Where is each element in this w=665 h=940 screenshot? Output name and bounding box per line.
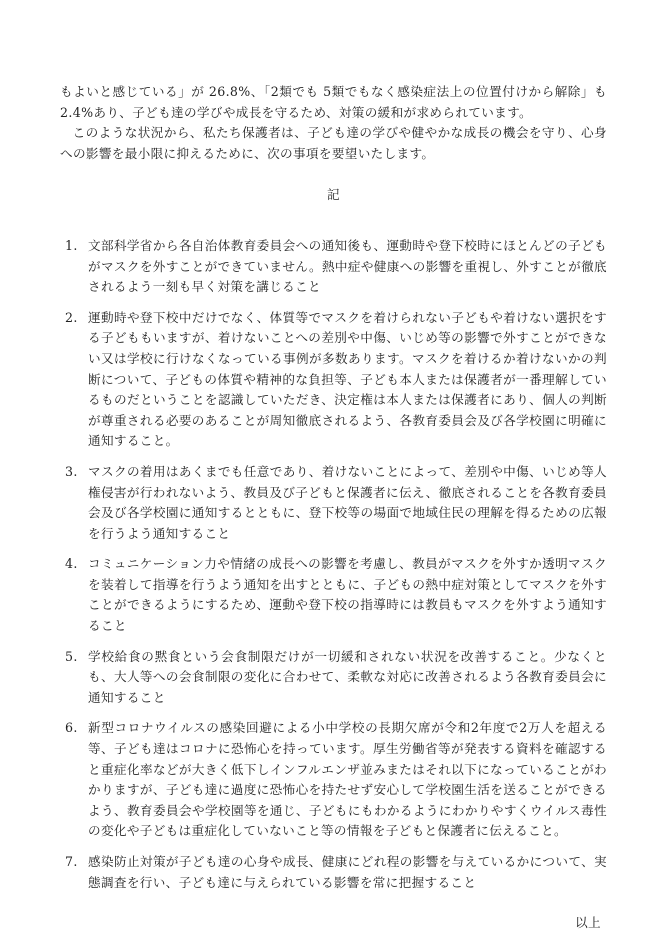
- request-item-2: 2. 運動時や登下校中だけでなく、体質等でマスクを着けられない子どもや着けない選…: [60, 308, 607, 452]
- item-number: 1.: [60, 236, 88, 298]
- request-item-1: 1. 文部科学省から各自治体教育委員会への通知後も、運動時や登下校時にほとんどの…: [60, 236, 607, 298]
- item-text: マスクの着用はあくまでも任意であり、着けないことによって、差別や中傷、いじめ等人…: [88, 462, 607, 544]
- item-text: 文部科学省から各自治体教育委員会への通知後も、運動時や登下校時にほとんどの子ども…: [88, 236, 607, 298]
- item-number: 5.: [60, 647, 88, 709]
- request-item-7: 7. 感染防止対策が子ども達の心身や成長、健康にどれ程の影響を与えているかについ…: [60, 852, 607, 893]
- request-item-6: 6. 新型コロナウイルスの感染回避による小中学校の長期欠席が令和2年度で2万人を…: [60, 718, 607, 842]
- intro-paragraph-2: このような状況から、私たち保護者は、子ども達の学びや健やかな成長の機会を守り、心…: [60, 123, 607, 164]
- closing-mark: 以上: [60, 913, 607, 934]
- document-page: もよいと感じている」が 26.8%、「2類でも 5類でもなく感染症法上の位置付け…: [60, 82, 607, 934]
- request-list: 1. 文部科学省から各自治体教育委員会への通知後も、運動時や登下校時にほとんどの…: [60, 236, 607, 893]
- item-text: 感染防止対策が子ども達の心身や成長、健康にどれ程の影響を与えているかについて、実…: [88, 852, 607, 893]
- request-item-4: 4. コミュニケーション力や情緒の成長への影響を考慮し、教員がマスクを外すか透明…: [60, 554, 607, 636]
- item-number: 2.: [60, 308, 88, 452]
- request-item-3: 3. マスクの着用はあくまでも任意であり、着けないことによって、差別や中傷、いじ…: [60, 462, 607, 544]
- item-text: 運動時や登下校中だけでなく、体質等でマスクを着けられない子どもや着けない選択をす…: [88, 308, 607, 452]
- ki-heading: 記: [60, 185, 607, 206]
- item-number: 7.: [60, 852, 88, 893]
- item-text: 新型コロナウイルスの感染回避による小中学校の長期欠席が令和2年度で2万人を超える…: [88, 718, 607, 842]
- item-text: 学校給食の黙食という会食制限だけが一切緩和されない状況を改善すること。少なくとも…: [88, 647, 607, 709]
- item-number: 4.: [60, 554, 88, 636]
- intro-paragraph-1: もよいと感じている」が 26.8%、「2類でも 5類でもなく感染症法上の位置付け…: [60, 82, 607, 123]
- request-item-5: 5. 学校給食の黙食という会食制限だけが一切緩和されない状況を改善すること。少な…: [60, 647, 607, 709]
- item-number: 3.: [60, 462, 88, 544]
- item-text: コミュニケーション力や情緒の成長への影響を考慮し、教員がマスクを外すか透明マスク…: [88, 554, 607, 636]
- item-number: 6.: [60, 718, 88, 842]
